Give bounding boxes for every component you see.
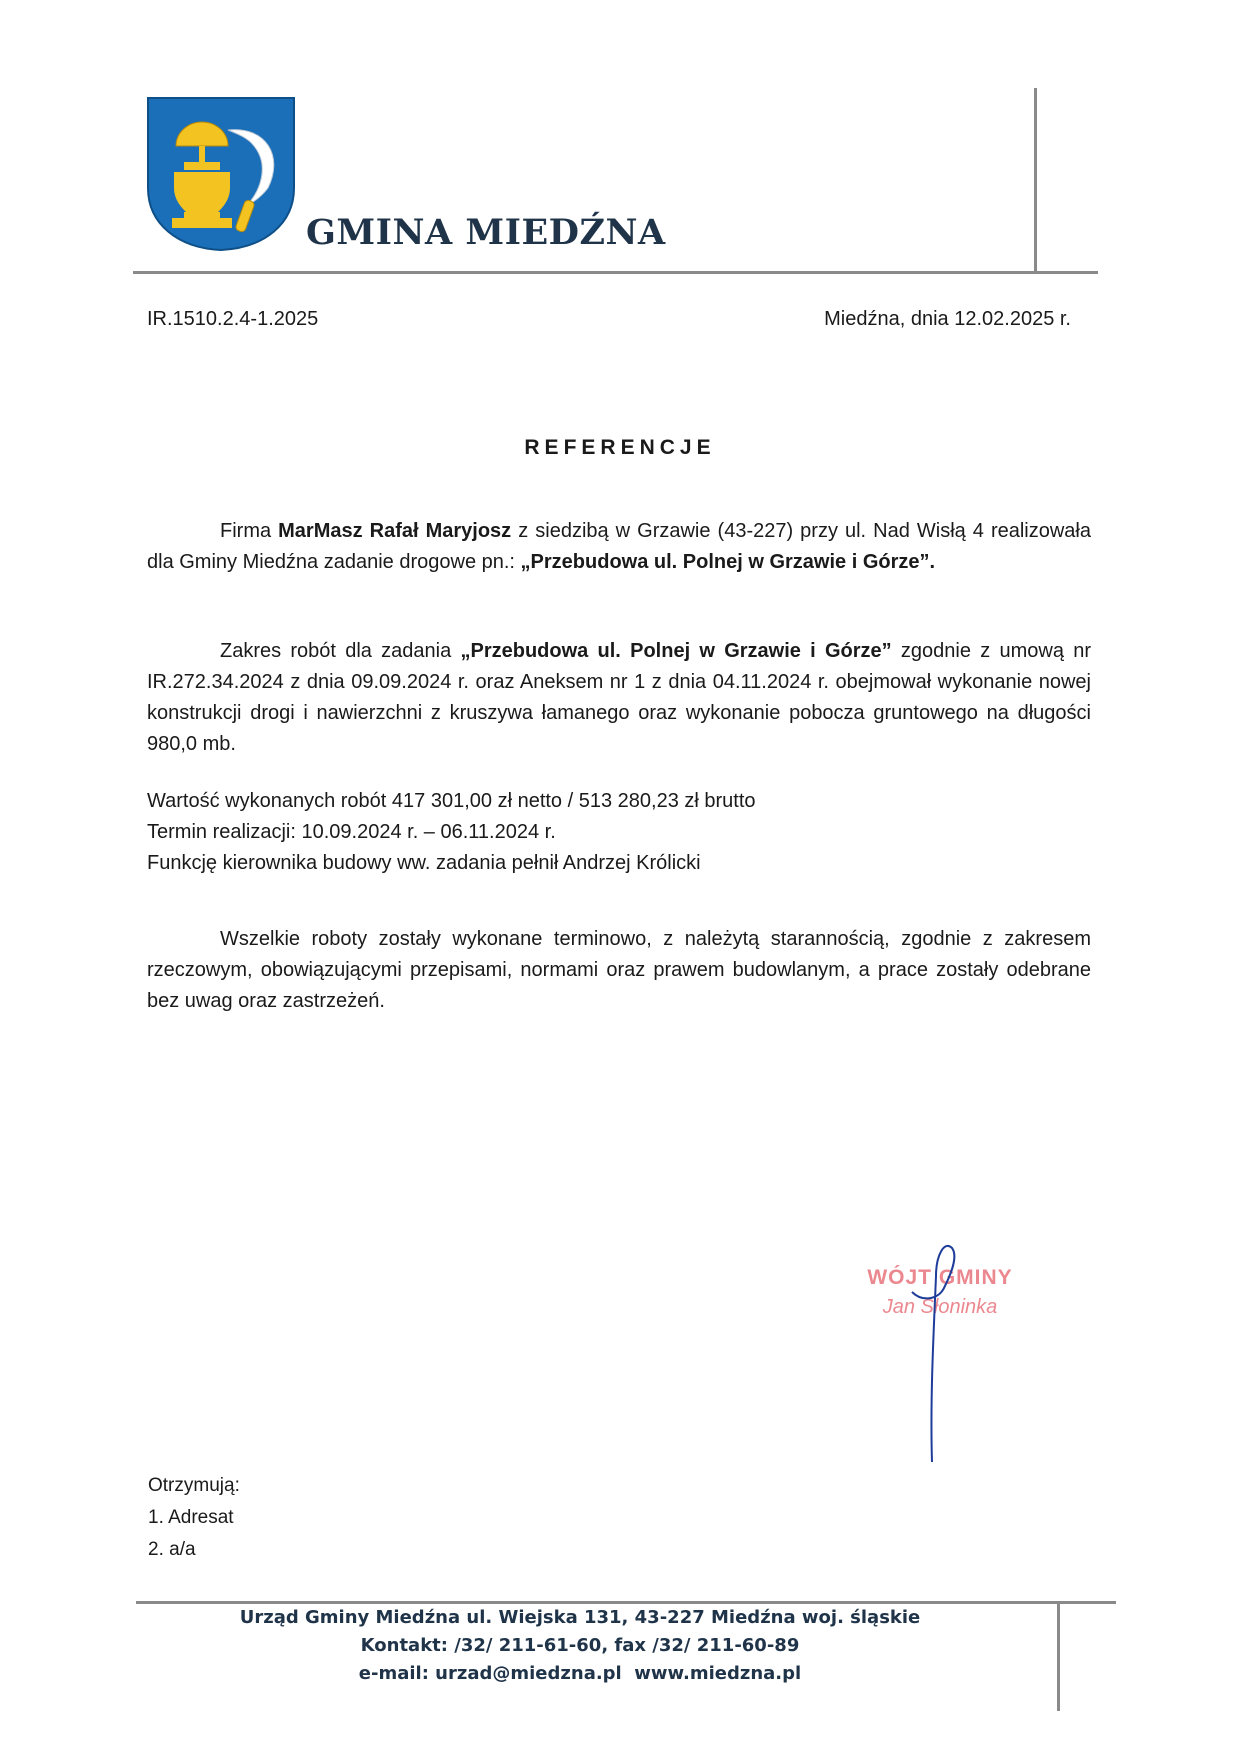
coat-of-arms-logo — [146, 96, 296, 252]
text: Wszelkie roboty zostały wykonane termino… — [147, 928, 1091, 1012]
reference-number: IR.1510.2.4-1.2025 — [147, 304, 318, 335]
task-name: „Przebudowa ul. Polnej w Grzawie i Górze… — [521, 551, 936, 573]
detail-value: Wartość wykonanych robót 417 301,00 zł n… — [147, 786, 756, 817]
recipients-list: Otrzymują: 1. Adresat 2. a/a — [148, 1470, 240, 1566]
header-vertical-rule — [1034, 88, 1037, 272]
footer-contact: Urząd Gminy Miedźna ul. Wiejska 131, 43-… — [140, 1604, 1020, 1688]
recipient-item: 2. a/a — [148, 1534, 240, 1566]
recipients-label: Otrzymują: — [148, 1470, 240, 1502]
organization-name: GMINA MIEDŹNA — [306, 212, 666, 253]
paragraph-scope: Zakres robót dla zadania „Przebudowa ul.… — [147, 636, 1091, 760]
detail-manager: Funkcję kierownika budowy ww. zadania pe… — [147, 848, 701, 879]
text: Zakres robót dla zadania — [220, 640, 460, 662]
company-name: MarMasz Rafał Maryjosz — [278, 520, 511, 542]
signature — [880, 1236, 1000, 1466]
footer-vertical-rule — [1057, 1601, 1060, 1711]
footer-phone: Kontakt: /32/ 211-61-60, fax /32/ 211-60… — [140, 1632, 1020, 1660]
place-date: Miedźna, dnia 12.02.2025 r. — [824, 304, 1071, 335]
document-title: REFERENCJE — [0, 436, 1240, 460]
footer-address: Urząd Gminy Miedźna ul. Wiejska 131, 43-… — [140, 1604, 1020, 1632]
header-divider — [133, 271, 1098, 274]
footer-email-web: e-mail: urzad@miedzna.pl www.miedzna.pl — [140, 1660, 1020, 1688]
text: Firma — [220, 520, 278, 542]
paragraph-company: Firma MarMasz Rafał Maryjosz z siedzibą … — [147, 516, 1091, 578]
detail-term: Termin realizacji: 10.09.2024 r. – 06.11… — [147, 817, 556, 848]
task-name: „Przebudowa ul. Polnej w Grzawie i Górze… — [460, 640, 891, 662]
recipient-item: 1. Adresat — [148, 1502, 240, 1534]
paragraph-conclusion: Wszelkie roboty zostały wykonane termino… — [147, 924, 1091, 1017]
